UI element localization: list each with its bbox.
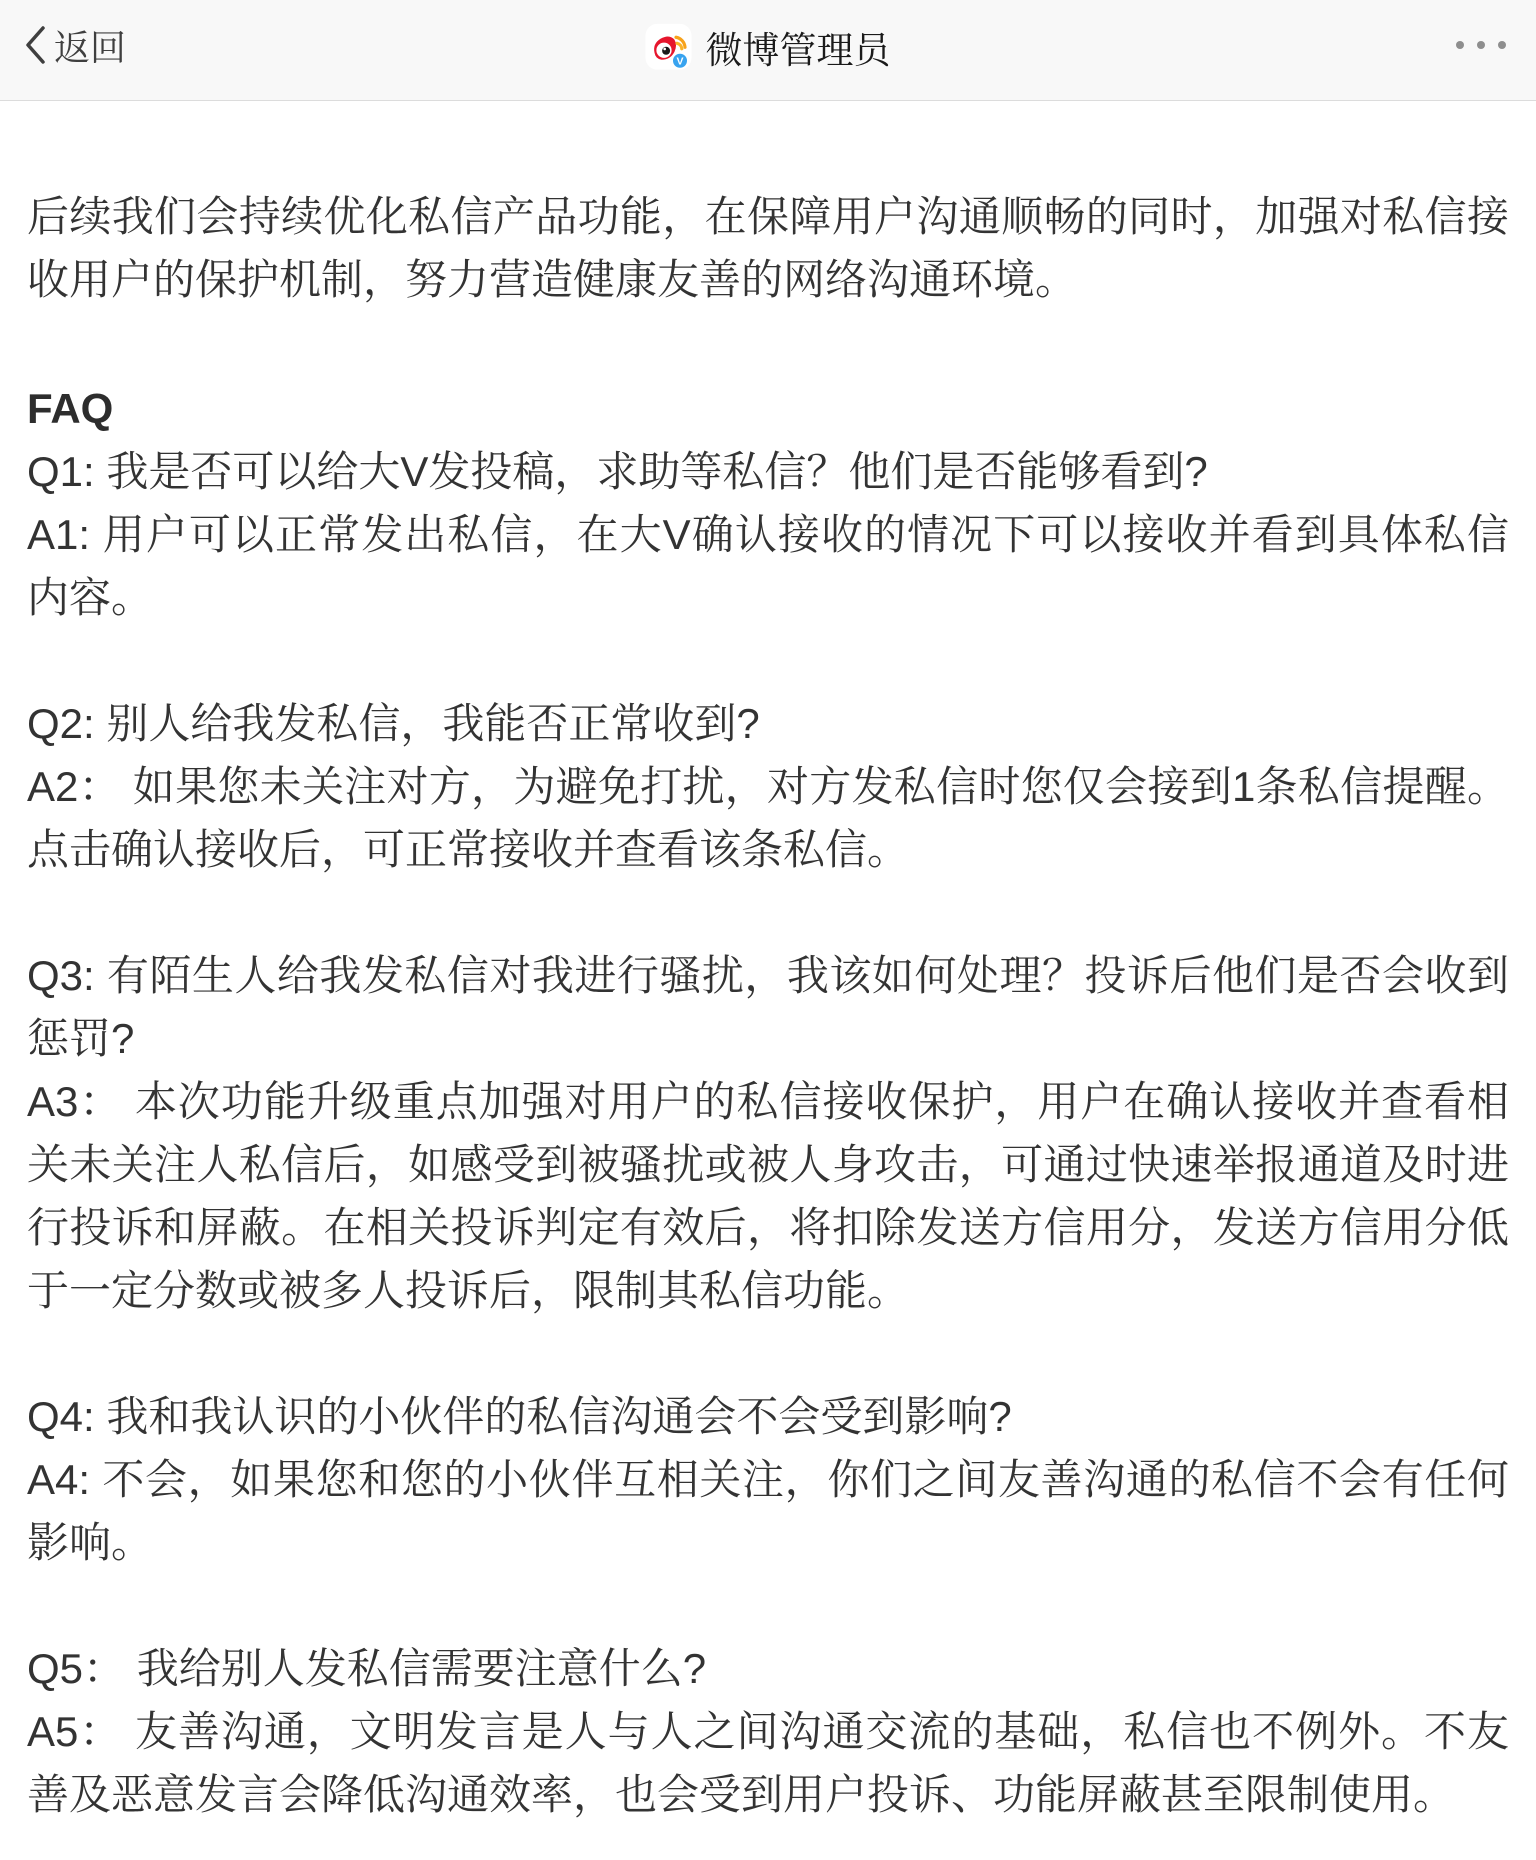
faq-question-4: Q4: 我和我认识的小伙伴的私信沟通会不会受到影响? [27, 1385, 1509, 1448]
svg-text:V: V [676, 56, 683, 68]
faq-item-5: Q5： 我给别人发私信需要注意什么? A5： 友善沟通，文明发言是人与人之间沟通… [27, 1637, 1509, 1826]
faq-answer-2: A2： 如果您未关注对方，为避免打扰，对方发私信时您仅会接到1条私信提醒。点击确… [27, 755, 1509, 881]
weibo-logo-icon: V [646, 24, 692, 70]
faq-question-1: Q1: 我是否可以给大V发投稿，求助等私信？他们是否能够看到? [27, 440, 1509, 503]
more-dot-icon [1456, 41, 1464, 49]
account-header[interactable]: V 微博管理员 [646, 20, 891, 74]
faq-question-3: Q3: 有陌生人给我发私信对我进行骚扰，我该如何处理？投诉后他们是否会收到惩罚? [27, 944, 1509, 1070]
back-button[interactable]: 返回 [24, 20, 126, 71]
nav-bar: 返回 V 微博管理员 [0, 0, 1536, 101]
faq-item-3: Q3: 有陌生人给我发私信对我进行骚扰，我该如何处理？投诉后他们是否会收到惩罚?… [27, 944, 1509, 1322]
back-chevron-icon [24, 25, 46, 65]
more-dot-icon [1477, 41, 1485, 49]
more-button[interactable] [1456, 31, 1506, 59]
faq-heading: FAQ [27, 377, 1509, 440]
account-name: 微博管理员 [706, 20, 891, 74]
faq-question-5: Q5： 我给别人发私信需要注意什么? [27, 1637, 1509, 1700]
faq-answer-4: A4: 不会，如果您和您的小伙伴互相关注，你们之间友善沟通的私信不会有任何影响。 [27, 1448, 1509, 1574]
article-content: 后续我们会持续优化私信产品功能，在保障用户沟通顺畅的同时，加强对私信接收用户的保… [0, 101, 1536, 1826]
back-label: 返回 [54, 20, 126, 71]
faq-item-4: Q4: 我和我认识的小伙伴的私信沟通会不会受到影响? A4: 不会，如果您和您的… [27, 1385, 1509, 1574]
intro-paragraph: 后续我们会持续优化私信产品功能，在保障用户沟通顺畅的同时，加强对私信接收用户的保… [27, 185, 1509, 311]
faq-answer-5: A5： 友善沟通，文明发言是人与人之间沟通交流的基础，私信也不例外。不友善及恶意… [27, 1700, 1509, 1826]
faq-answer-1: A1: 用户可以正常发出私信，在大V确认接收的情况下可以接收并看到具体私信内容。 [27, 503, 1509, 629]
faq-item-1: Q1: 我是否可以给大V发投稿，求助等私信？他们是否能够看到? A1: 用户可以… [27, 440, 1509, 629]
faq-answer-3: A3： 本次功能升级重点加强对用户的私信接收保护，用户在确认接收并查看相关未关注… [27, 1070, 1509, 1322]
faq-question-2: Q2: 别人给我发私信，我能否正常收到? [27, 692, 1509, 755]
faq-item-2: Q2: 别人给我发私信，我能否正常收到? A2： 如果您未关注对方，为避免打扰，… [27, 692, 1509, 881]
more-dot-icon [1498, 41, 1506, 49]
